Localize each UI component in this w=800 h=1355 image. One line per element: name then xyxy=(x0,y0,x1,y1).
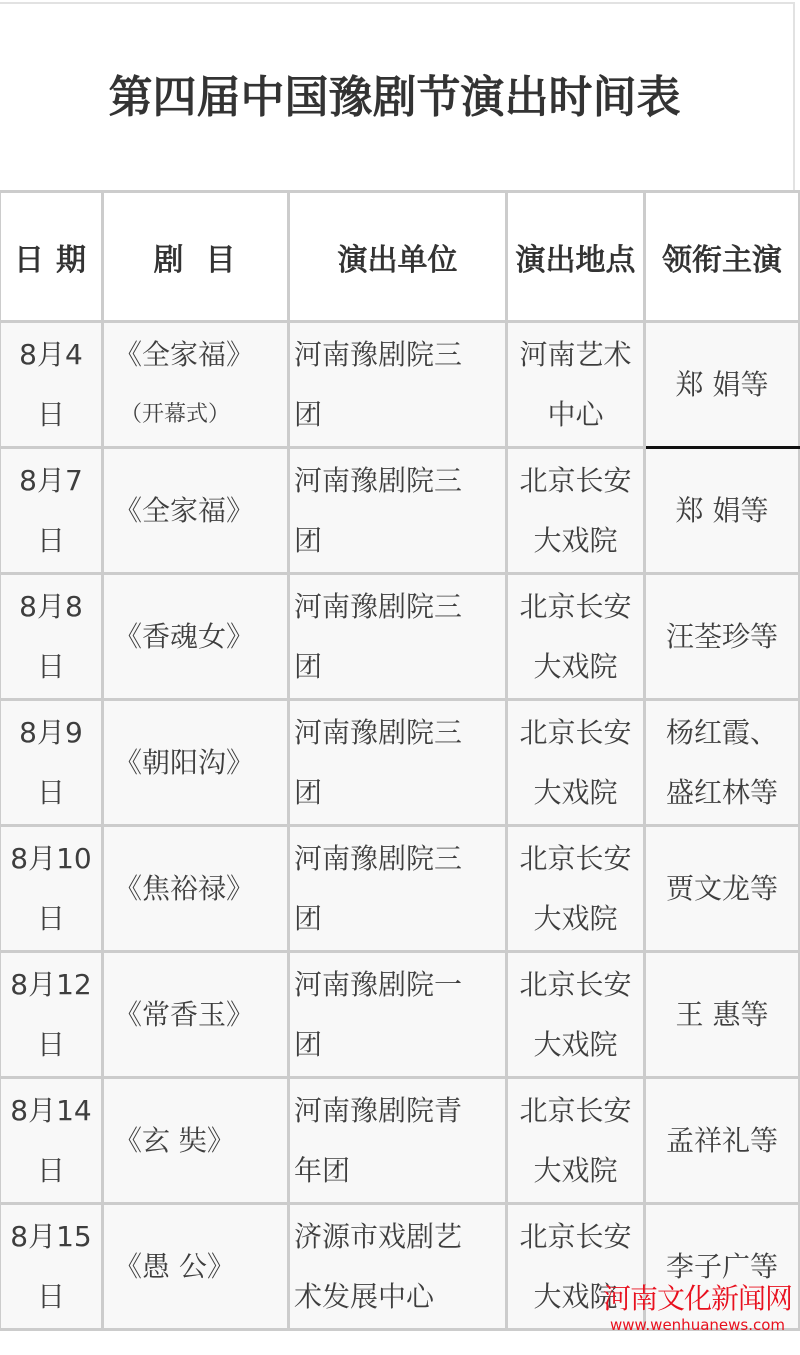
unit-cell: 河南豫剧院青年团 xyxy=(289,1078,507,1204)
venue-cell: 北京长安大戏院 xyxy=(507,1204,645,1330)
lead-cell: 贾文龙等 xyxy=(645,826,800,952)
date-cell-text: 8月10 xyxy=(10,842,91,875)
lead-cell-text: 郑 娟等 xyxy=(676,494,769,527)
date-cell-text: 日 xyxy=(37,1154,65,1187)
table-row: 8月15日《愚 公》济源市戏剧艺术发展中心北京长安大戏院李子广等 xyxy=(0,1204,800,1330)
date-cell-text: 日 xyxy=(37,398,65,431)
play-cell-text: 《全家福》 xyxy=(114,494,254,527)
lead-cell: 汪荃珍等 xyxy=(645,574,800,700)
date-cell: 8月15日 xyxy=(0,1204,103,1330)
date-cell-text: 8月12 xyxy=(10,968,91,1001)
date-cell: 8月14日 xyxy=(0,1078,103,1204)
venue-cell-text: 北京长安 xyxy=(519,1220,631,1253)
unit-cell-text: 河南豫剧院三 xyxy=(294,338,462,371)
date-cell: 8月8日 xyxy=(0,574,103,700)
venue-cell-text: 北京长安 xyxy=(519,842,631,875)
header-row: 日期 剧目 演出单位 演出地点 领衔主演 xyxy=(0,192,800,322)
venue-cell: 河南艺术中心 xyxy=(507,322,645,448)
lead-cell-text: 孟祥礼等 xyxy=(666,1124,778,1157)
date-cell-text: 日 xyxy=(37,902,65,935)
venue-cell-text: 北京长安 xyxy=(519,590,631,623)
page-title: 第四届中国豫剧节演出时间表 xyxy=(109,61,681,125)
unit-cell-text: 河南豫剧院三 xyxy=(294,716,462,749)
date-cell-text: 8月15 xyxy=(10,1220,91,1253)
date-cell-text: 8月8 xyxy=(19,590,83,623)
play-cell-text: 《香魂女》 xyxy=(114,620,254,653)
unit-cell: 河南豫剧院三团 xyxy=(289,700,507,826)
venue-cell-text: 北京长安 xyxy=(519,716,631,749)
unit-cell-text: 团 xyxy=(294,902,322,935)
unit-cell-text: 团 xyxy=(294,650,322,683)
lead-cell: 郑 娟等 xyxy=(645,322,800,448)
lead-cell-text: 李子广等 xyxy=(666,1250,778,1283)
unit-cell: 河南豫剧院三团 xyxy=(289,322,507,448)
venue-cell-text: 大戏院 xyxy=(533,902,617,935)
unit-cell-text: 河南豫剧院青 xyxy=(294,1094,462,1127)
play-cell: 《朝阳沟》 xyxy=(103,700,289,826)
date-cell-text: 日 xyxy=(37,524,65,557)
schedule-table: 日期 剧目 演出单位 演出地点 领衔主演 8月4日《全家福》（开幕式）河南豫剧院… xyxy=(0,190,800,1331)
venue-cell-text: 北京长安 xyxy=(519,968,631,1001)
lead-cell: 杨红霞、盛红林等 xyxy=(645,700,800,826)
date-cell-text: 日 xyxy=(37,776,65,809)
table-row: 8月8日《香魂女》河南豫剧院三团北京长安大戏院汪荃珍等 xyxy=(0,574,800,700)
table-row: 8月7日《全家福》河南豫剧院三团北京长安大戏院郑 娟等 xyxy=(0,448,800,574)
date-cell: 8月7日 xyxy=(0,448,103,574)
venue-cell: 北京长安大戏院 xyxy=(507,700,645,826)
lead-cell-text: 汪荃珍等 xyxy=(666,620,778,653)
date-cell-text: 日 xyxy=(37,650,65,683)
table-row: 8月4日《全家福》（开幕式）河南豫剧院三团河南艺术中心郑 娟等 xyxy=(0,322,800,448)
date-cell-text: 日 xyxy=(37,1028,65,1061)
play-cell: 《愚 公》 xyxy=(103,1204,289,1330)
table-row: 8月10日《焦裕禄》河南豫剧院三团北京长安大戏院贾文龙等 xyxy=(0,826,800,952)
date-cell: 8月12日 xyxy=(0,952,103,1078)
unit-cell-text: 河南豫剧院三 xyxy=(294,842,462,875)
lead-cell: 孟祥礼等 xyxy=(645,1078,800,1204)
play-cell-text: 《玄 奘》 xyxy=(114,1124,235,1157)
play-cell: 《常香玉》 xyxy=(103,952,289,1078)
lead-cell: 王 惠等 xyxy=(645,952,800,1078)
venue-cell: 北京长安大戏院 xyxy=(507,826,645,952)
unit-cell: 河南豫剧院三团 xyxy=(289,574,507,700)
unit-cell: 河南豫剧院一团 xyxy=(289,952,507,1078)
date-cell: 8月4日 xyxy=(0,322,103,448)
date-cell-text: 日 xyxy=(37,1280,65,1313)
header-date: 日期 xyxy=(0,192,103,322)
unit-cell-text: 团 xyxy=(294,398,322,431)
play-cell-text: 《朝阳沟》 xyxy=(114,746,254,779)
unit-cell-text: 河南豫剧院三 xyxy=(294,464,462,497)
unit-cell-text: 团 xyxy=(294,776,322,809)
play-cell: 《焦裕禄》 xyxy=(103,826,289,952)
venue-cell: 北京长安大戏院 xyxy=(507,1078,645,1204)
play-cell-text: 《全家福》 xyxy=(114,338,254,371)
unit-cell: 济源市戏剧艺术发展中心 xyxy=(289,1204,507,1330)
date-cell-text: 8月7 xyxy=(19,464,83,497)
header-unit: 演出单位 xyxy=(289,192,507,322)
unit-cell-text: 河南豫剧院一 xyxy=(294,968,462,1001)
venue-cell-text: 大戏院 xyxy=(533,1280,617,1313)
table-row: 8月12日《常香玉》河南豫剧院一团北京长安大戏院王 惠等 xyxy=(0,952,800,1078)
lead-cell: 李子广等 xyxy=(645,1204,800,1330)
date-cell-text: 8月14 xyxy=(10,1094,91,1127)
lead-cell-text: 盛红林等 xyxy=(666,776,778,809)
unit-cell: 河南豫剧院三团 xyxy=(289,826,507,952)
unit-cell-text: 团 xyxy=(294,1028,322,1061)
venue-cell-text: 大戏院 xyxy=(533,524,617,557)
table-row: 8月9日《朝阳沟》河南豫剧院三团北京长安大戏院杨红霞、盛红林等 xyxy=(0,700,800,826)
lead-cell-text: 贾文龙等 xyxy=(666,872,778,905)
header-play: 剧目 xyxy=(103,192,289,322)
play-cell-text: （开幕式） xyxy=(114,385,287,445)
venue-cell-text: 大戏院 xyxy=(533,1154,617,1187)
unit-cell-text: 河南豫剧院三 xyxy=(294,590,462,623)
venue-cell: 北京长安大戏院 xyxy=(507,448,645,574)
title-box: 第四届中国豫剧节演出时间表 xyxy=(0,2,795,192)
unit-cell: 河南豫剧院三团 xyxy=(289,448,507,574)
venue-cell-text: 大戏院 xyxy=(533,650,617,683)
date-cell: 8月9日 xyxy=(0,700,103,826)
play-cell-text: 《常香玉》 xyxy=(114,998,254,1031)
lead-cell-text: 郑 娟等 xyxy=(676,368,769,401)
lead-cell-text: 杨红霞、 xyxy=(666,716,778,749)
header-venue: 演出地点 xyxy=(507,192,645,322)
table-row: 8月14日《玄 奘》河南豫剧院青年团北京长安大戏院孟祥礼等 xyxy=(0,1078,800,1204)
venue-cell-text: 北京长安 xyxy=(519,1094,631,1127)
play-cell: 《玄 奘》 xyxy=(103,1078,289,1204)
date-cell: 8月10日 xyxy=(0,826,103,952)
venue-cell: 北京长安大戏院 xyxy=(507,574,645,700)
date-cell-text: 8月9 xyxy=(19,716,83,749)
play-cell-text: 《焦裕禄》 xyxy=(114,872,254,905)
venue-cell: 北京长安大戏院 xyxy=(507,952,645,1078)
play-cell: 《全家福》 xyxy=(103,448,289,574)
table-body: 8月4日《全家福》（开幕式）河南豫剧院三团河南艺术中心郑 娟等8月7日《全家福》… xyxy=(0,322,800,1330)
play-cell: 《香魂女》 xyxy=(103,574,289,700)
venue-cell-text: 北京长安 xyxy=(519,464,631,497)
play-cell: 《全家福》（开幕式） xyxy=(103,322,289,448)
lead-cell: 郑 娟等 xyxy=(645,448,800,574)
unit-cell-text: 济源市戏剧艺 xyxy=(294,1220,462,1253)
unit-cell-text: 团 xyxy=(294,524,322,557)
venue-cell-text: 大戏院 xyxy=(533,1028,617,1061)
unit-cell-text: 年团 xyxy=(294,1154,350,1187)
venue-cell-text: 河南艺术 xyxy=(519,338,631,371)
header-lead: 领衔主演 xyxy=(645,192,800,322)
lead-cell-text: 王 惠等 xyxy=(676,998,769,1031)
date-cell-text: 8月4 xyxy=(19,338,83,371)
venue-cell-text: 大戏院 xyxy=(533,776,617,809)
unit-cell-text: 术发展中心 xyxy=(294,1280,434,1313)
play-cell-text: 《愚 公》 xyxy=(114,1250,235,1283)
venue-cell-text: 中心 xyxy=(547,398,603,431)
